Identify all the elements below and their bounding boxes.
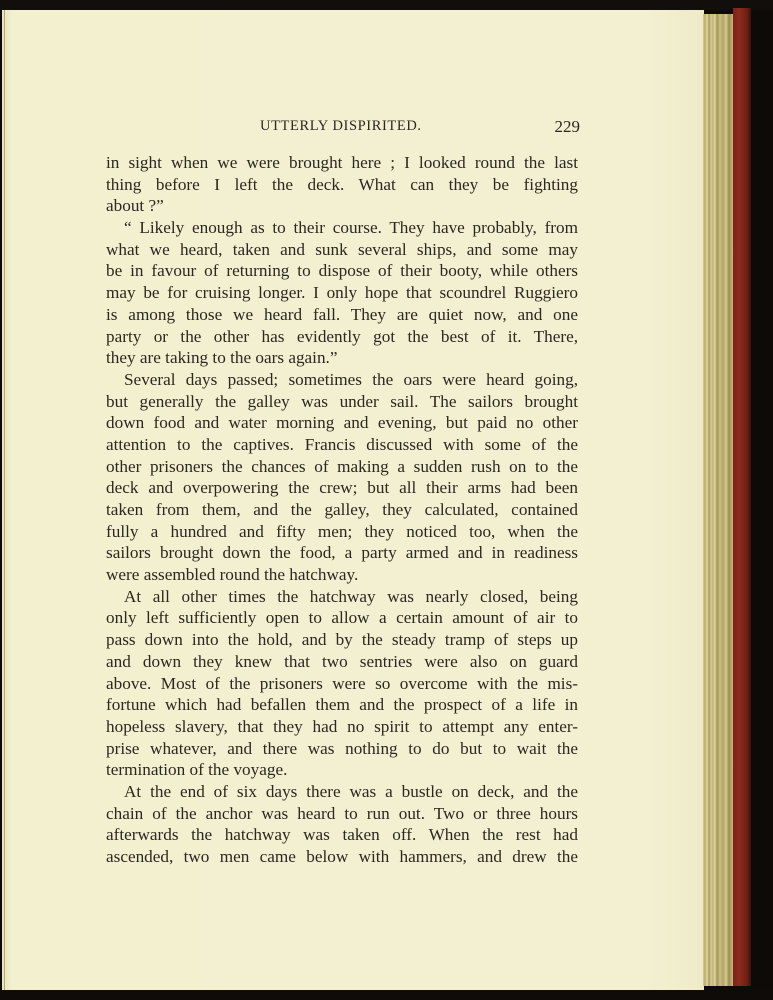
text-line: fortune which had befallen them and the … [106, 694, 578, 716]
page-edges-stack [703, 14, 733, 986]
text-line: ascended, two men came below with hammer… [106, 846, 578, 868]
text-line: they are taking to the oars again.” [106, 347, 578, 369]
text-line: in sight when we were brought here ; I l… [106, 152, 578, 174]
text-line: thing before I left the deck. What can t… [106, 174, 578, 196]
text-line: is among those we heard fall. They are q… [106, 304, 578, 326]
text-line: At the end of six days there was a bustl… [106, 781, 578, 803]
scan-bottom-border [0, 990, 773, 1000]
text-line: sailors brought down the food, a party a… [106, 542, 578, 564]
text-line: other prisoners the chances of making a … [106, 456, 578, 478]
text-line: fully a hundred and fifty men; they noti… [106, 521, 578, 543]
text-line: deck and overpowering the crew; but all … [106, 477, 578, 499]
scan-top-border [0, 0, 773, 10]
text-line: about ?” [106, 195, 578, 217]
text-line: above. Most of the prisoners were so ove… [106, 673, 578, 695]
text-line: what we heard, taken and sunk several sh… [106, 239, 578, 261]
text-line: and down they knew that two sentries wer… [106, 651, 578, 673]
text-line: were assembled round the hatchway. [106, 564, 578, 586]
body-text: in sight when we were brought here ; I l… [106, 152, 578, 868]
text-line: chain of the anchor was heard to run out… [106, 803, 578, 825]
text-line: attention to the captives. Francis discu… [106, 434, 578, 456]
page-number: 229 [555, 117, 581, 137]
text-line: be in favour of returning to dispose of … [106, 260, 578, 282]
book-cover-edge [733, 8, 751, 986]
page-gutter-line [4, 10, 5, 990]
text-line: but generally the galley was under sail.… [106, 391, 578, 413]
text-line: “ Likely enough as to their course. They… [106, 217, 578, 239]
text-line: termination of the voyage. [106, 759, 578, 781]
text-line: down food and water morning and evening,… [106, 412, 578, 434]
text-line: hopeless slavery, that they had no spiri… [106, 716, 578, 738]
text-line: pass down into the hold, and by the stea… [106, 629, 578, 651]
text-line: taken from them, and the galley, they ca… [106, 499, 578, 521]
chapter-running-title: UTTERLY DISPIRITED. [260, 118, 422, 135]
text-line: prise whatever, and there was nothing to… [106, 738, 578, 760]
text-line: may be for cruising longer. I only hope … [106, 282, 578, 304]
text-line: only left sufficiently open to allow a c… [106, 607, 578, 629]
text-line: At all other times the hatchway was near… [106, 586, 578, 608]
text-line: party or the other has evidently got the… [106, 326, 578, 348]
text-line: Several days passed; sometimes the oars … [106, 369, 578, 391]
text-line: afterwards the hatchway was taken off. W… [106, 824, 578, 846]
